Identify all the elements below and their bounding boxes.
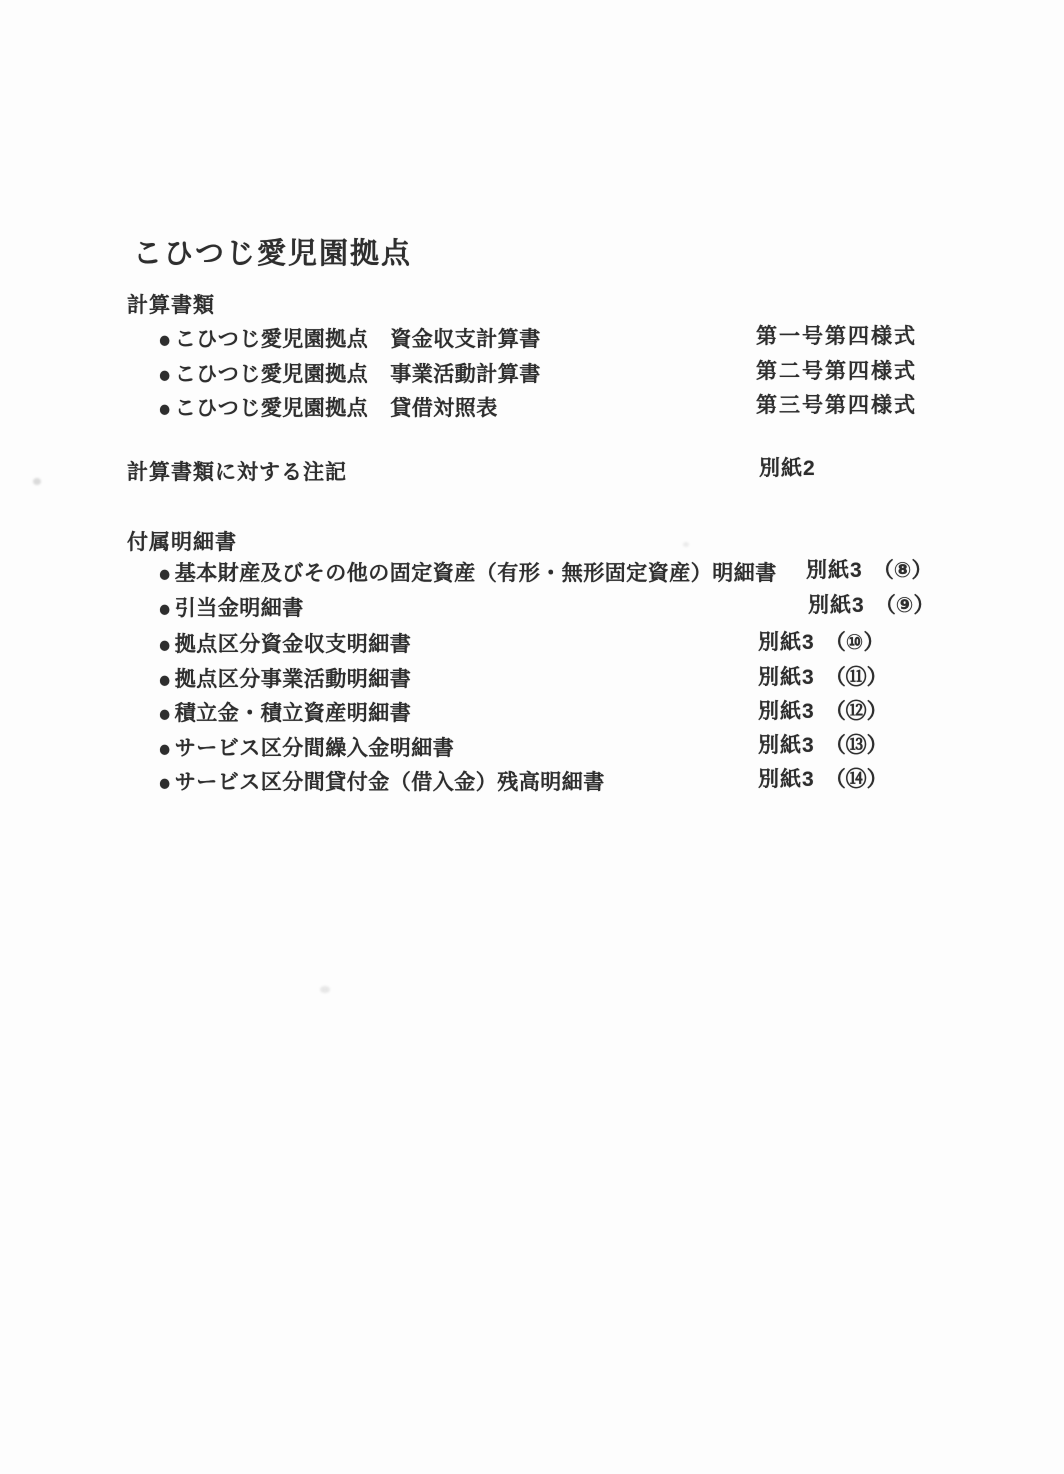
ref-circled-number: （⑪）	[825, 666, 888, 689]
attachment-label: サービス区分間貸付金（借入金）残高明細書	[175, 771, 605, 794]
scan-speck	[320, 986, 330, 993]
attachment-row: ●引当金明細書	[158, 592, 304, 622]
attachment-ref: 別紙3（⑨）	[808, 589, 934, 619]
ref-sheet: 別紙3	[806, 559, 863, 582]
bullet-icon: ●	[158, 326, 172, 354]
ref-circled-number: （⑬）	[825, 734, 888, 757]
attachment-row: ●基本財産及びその他の固定資産（有形・無形固定資産）明細書	[158, 557, 777, 587]
statement-org: こひつじ愛児園拠点	[175, 328, 369, 351]
statement-doc: 事業活動計算書	[390, 363, 541, 386]
scanned-document-page: こひつじ愛児園拠点 計算書類 ●こひつじ愛児園拠点資金収支計算書 第一号第四様式…	[0, 0, 1064, 1474]
ref-sheet: 別紙3	[758, 631, 815, 654]
ref-sheet: 別紙3	[758, 700, 815, 723]
statement-form-label: 第一号第四様式	[756, 320, 917, 350]
statement-form-label: 第三号第四様式	[756, 389, 917, 419]
attachment-ref: 別紙3（⑪）	[758, 661, 888, 691]
statement-row: ●こひつじ愛児園拠点貸借対照表	[158, 392, 498, 422]
statement-form-label: 第二号第四様式	[756, 355, 917, 385]
attachment-row: ●拠点区分資金収支明細書	[158, 628, 411, 658]
attachment-row: ●サービス区分間貸付金（借入金）残高明細書	[158, 766, 605, 796]
attachment-ref: 別紙3（⑫）	[758, 695, 888, 725]
bullet-icon: ●	[158, 560, 172, 588]
statement-doc: 貸借対照表	[390, 397, 498, 420]
attachment-row: ●サービス区分間繰入金明細書	[158, 732, 454, 762]
scan-speck	[683, 542, 689, 547]
ref-sheet: 別紙3	[758, 666, 815, 689]
attachment-ref: 別紙3（⑬）	[758, 729, 888, 759]
statement-org: こひつじ愛児園拠点	[175, 363, 369, 386]
attachment-ref: 別紙3（⑩）	[758, 626, 884, 656]
attachment-label: 拠点区分資金収支明細書	[175, 633, 412, 656]
attachment-label: 積立金・積立資産明細書	[175, 702, 412, 725]
ref-circled-number: （⑧）	[873, 559, 933, 582]
ref-circled-number: （⑩）	[825, 631, 885, 654]
page-title: こひつじ愛児園拠点	[133, 231, 412, 272]
attachment-label: 引当金明細書	[175, 597, 304, 620]
bullet-icon: ●	[158, 631, 172, 659]
attachment-label: サービス区分間繰入金明細書	[175, 737, 455, 760]
bullet-icon: ●	[158, 769, 172, 797]
bullet-icon: ●	[158, 700, 172, 728]
ref-sheet: 別紙3	[808, 594, 865, 617]
bullet-icon: ●	[158, 735, 172, 763]
attachment-row: ●積立金・積立資産明細書	[158, 697, 411, 727]
ref-circled-number: （⑭）	[825, 768, 888, 791]
attachment-label: 拠点区分事業活動明細書	[175, 668, 412, 691]
ref-circled-number: （⑨）	[875, 594, 935, 617]
ref-circled-number: （⑫）	[825, 700, 888, 723]
ref-sheet: 別紙3	[758, 734, 815, 757]
ref-sheet: 別紙3	[758, 768, 815, 791]
statement-row: ●こひつじ愛児園拠点事業活動計算書	[158, 358, 541, 388]
attachment-label: 基本財産及びその他の固定資産（有形・無形固定資産）明細書	[175, 562, 777, 585]
bullet-icon: ●	[158, 361, 172, 389]
section-header-statements: 計算書類	[127, 289, 215, 319]
statement-doc: 資金収支計算書	[390, 328, 541, 351]
notes-ref: 別紙2	[759, 452, 816, 482]
scan-speck	[33, 478, 41, 485]
statement-org: こひつじ愛児園拠点	[175, 397, 369, 420]
attachment-row: ●拠点区分事業活動明細書	[158, 663, 411, 693]
bullet-icon: ●	[158, 666, 172, 694]
bullet-icon: ●	[158, 595, 172, 623]
section-header-attachments: 付属明細書	[127, 526, 237, 556]
bullet-icon: ●	[158, 395, 172, 423]
attachment-ref: 別紙3（⑭）	[758, 763, 888, 793]
statement-row: ●こひつじ愛児園拠点資金収支計算書	[158, 323, 541, 353]
attachment-ref: 別紙3（⑧）	[806, 554, 932, 584]
notes-label: 計算書類に対する注記	[127, 456, 347, 486]
